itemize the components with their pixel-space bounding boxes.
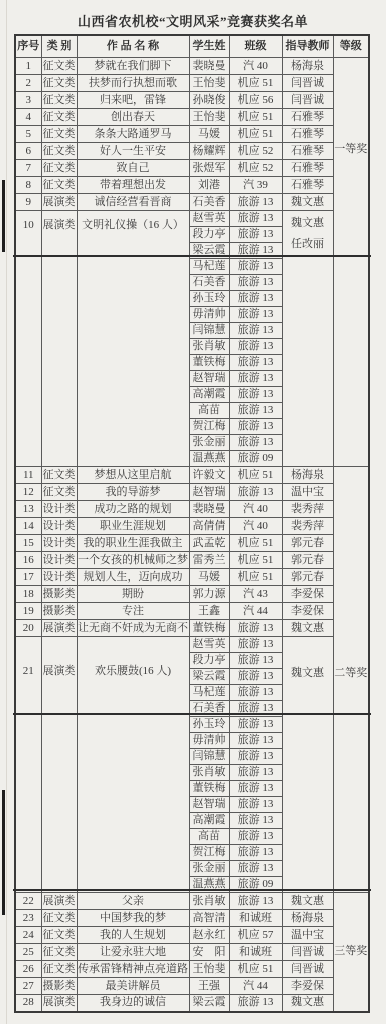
teacher-cell: 裴秀萍 bbox=[282, 501, 333, 518]
category-cell: 征文类 bbox=[41, 177, 77, 194]
student-name-cell: 毋清帅 bbox=[189, 307, 229, 323]
row-number-cell: 27 bbox=[15, 978, 41, 995]
row-number-cell: 9 bbox=[15, 194, 41, 211]
teacher-name: 魏文惠 bbox=[283, 996, 333, 1009]
teacher-cell: 石雅琴 bbox=[282, 126, 333, 143]
class-cell: 旅游 13 bbox=[229, 355, 282, 371]
teacher-cell: 杨海泉 bbox=[282, 467, 333, 484]
category-cell: 摄影类 bbox=[41, 978, 77, 995]
row-number-cell: 21 bbox=[15, 637, 41, 893]
category-cell: 展演类 bbox=[41, 211, 77, 467]
student-name-cell: 张肖敏 bbox=[189, 339, 229, 355]
class-cell: 机应 56 bbox=[229, 92, 282, 109]
teacher-name: 裴秀萍 bbox=[283, 520, 333, 533]
class-cell: 旅游 13 bbox=[229, 669, 282, 685]
student-name-cell: 王怡斐 bbox=[189, 109, 229, 126]
class-cell: 旅游 13 bbox=[229, 291, 282, 307]
student-name-cell: 郭力源 bbox=[189, 586, 229, 603]
category-cell: 设计类 bbox=[41, 552, 77, 569]
row-number-cell: 13 bbox=[15, 501, 41, 518]
work-title-cell: 父亲 bbox=[77, 893, 189, 910]
student-name-cell: 贺江梅 bbox=[189, 845, 229, 861]
work-title-cell: 一个女孩的机械师之梦 bbox=[77, 552, 189, 569]
row-number-cell: 19 bbox=[15, 603, 41, 620]
column-header: 指导教师 bbox=[282, 35, 333, 58]
teacher-cell: 魏文惠 bbox=[282, 637, 333, 893]
category-cell: 设计类 bbox=[41, 535, 77, 552]
student-name-cell: 高智清 bbox=[189, 910, 229, 927]
student-name-cell: 董铁梅 bbox=[189, 355, 229, 371]
work-title-cell: 扶梦而行执想而歌 bbox=[77, 75, 189, 92]
student-name-cell: 马媛 bbox=[189, 569, 229, 586]
table-row: 20展演类让无商不奸成为无商不董铁梅旅游 13魏文惠 bbox=[15, 620, 369, 637]
class-cell: 汽 43 bbox=[229, 586, 282, 603]
work-title-cell: 中国梦我的梦 bbox=[77, 910, 189, 927]
student-name-cell: 王鑫 bbox=[189, 603, 229, 620]
class-cell: 旅游 13 bbox=[229, 275, 282, 291]
table-row: 3征文类归来吧，雷锋孙晓俊机应 56闫晋诚 bbox=[15, 92, 369, 109]
teacher-name: 石雅琴 bbox=[283, 162, 333, 175]
work-title-cell: 梦就在我们脚下 bbox=[77, 58, 189, 75]
row-number-cell: 17 bbox=[15, 569, 41, 586]
column-header: 序号 bbox=[15, 35, 41, 58]
student-name-cell: 裴晓曼 bbox=[189, 501, 229, 518]
teacher-cell: 魏文惠 bbox=[282, 194, 333, 211]
class-cell: 旅游 13 bbox=[229, 484, 282, 501]
teacher-name: 杨海泉 bbox=[283, 60, 333, 73]
category-cell: 征文类 bbox=[41, 910, 77, 927]
table-row: 11征文类梦想从这里启航许毅文机应 51杨海泉二等奖 bbox=[15, 467, 369, 484]
table-row: 2征文类扶梦而行执想而歌王怡斐机应 51闫晋诚 bbox=[15, 75, 369, 92]
category-cell: 征文类 bbox=[41, 92, 77, 109]
category-cell: 征文类 bbox=[41, 160, 77, 177]
teacher-name: 石雅琴 bbox=[283, 145, 333, 158]
teacher-name: 魏文惠 bbox=[283, 667, 333, 680]
class-cell: 机应 51 bbox=[229, 569, 282, 586]
student-name-cell: 武孟乾 bbox=[189, 535, 229, 552]
row-number-cell: 20 bbox=[15, 620, 41, 637]
class-cell: 旅游 13 bbox=[229, 339, 282, 355]
student-name-cell: 许毅文 bbox=[189, 467, 229, 484]
class-cell: 旅游 13 bbox=[229, 797, 282, 813]
class-cell: 机应 51 bbox=[229, 467, 282, 484]
scan-edge-mark bbox=[2, 790, 5, 915]
teacher-name: 石雅琴 bbox=[283, 111, 333, 124]
teacher-name: 温中宝 bbox=[283, 929, 333, 942]
class-cell: 旅游 13 bbox=[229, 403, 282, 419]
work-title-cell: 我的导游梦 bbox=[77, 484, 189, 501]
teacher-name: 任改丽 bbox=[283, 234, 333, 255]
class-cell: 旅游 13 bbox=[229, 781, 282, 797]
class-cell: 旅游 13 bbox=[229, 323, 282, 339]
awards-table-body: 1征文类梦就在我们脚下裴晓曼汽 40杨海泉一等奖2征文类扶梦而行执想而歌王怡斐机… bbox=[15, 58, 369, 1012]
work-title-cell: 最美讲解员 bbox=[77, 978, 189, 995]
scan-edge-mark bbox=[2, 180, 5, 252]
student-name-cell: 张金丽 bbox=[189, 435, 229, 451]
row-number-cell: 15 bbox=[15, 535, 41, 552]
student-name-cell: 温燕燕 bbox=[189, 451, 229, 467]
class-cell: 机应 51 bbox=[229, 126, 282, 143]
student-name-cell: 孙晓俊 bbox=[189, 92, 229, 109]
column-header: 类 别 bbox=[41, 35, 77, 58]
row-number-cell: 11 bbox=[15, 467, 41, 484]
class-cell: 旅游 13 bbox=[229, 653, 282, 669]
work-title-cell: 梦想从这里启航 bbox=[77, 467, 189, 484]
table-row: 23征文类中国梦我的梦高智清和诚班杨海泉 bbox=[15, 910, 369, 927]
teacher-cell: 杨海泉 bbox=[282, 58, 333, 75]
teacher-name: 魏文惠 bbox=[283, 622, 333, 635]
column-header: 学生姓 bbox=[189, 35, 229, 58]
student-name-cell: 董铁梅 bbox=[189, 620, 229, 637]
row-number-cell: 1 bbox=[15, 58, 41, 75]
class-cell: 旅游 13 bbox=[229, 387, 282, 403]
teacher-name: 魏文惠 bbox=[283, 213, 333, 234]
teacher-name: 裴秀萍 bbox=[283, 503, 333, 516]
category-cell: 征文类 bbox=[41, 143, 77, 160]
category-cell: 征文类 bbox=[41, 467, 77, 484]
column-header: 班级 bbox=[229, 35, 282, 58]
class-cell: 机应 51 bbox=[229, 552, 282, 569]
category-cell: 设计类 bbox=[41, 501, 77, 518]
student-name-cell: 安 阳 bbox=[189, 944, 229, 961]
student-name-cell: 雷秀兰 bbox=[189, 552, 229, 569]
teacher-name: 郭元春 bbox=[283, 571, 333, 584]
class-cell: 旅游 13 bbox=[229, 733, 282, 749]
student-name-cell: 孙玉玲 bbox=[189, 717, 229, 733]
awards-table: 序号类 别作 品 名 称学生姓班级指导教师等级 1征文类梦就在我们脚下裴晓曼汽 … bbox=[14, 34, 370, 1013]
work-title-cell: 我的职业生涯我做主 bbox=[77, 535, 189, 552]
student-name-cell: 张金丽 bbox=[189, 861, 229, 877]
work-title-cell: 让无商不奸成为无商不 bbox=[77, 620, 189, 637]
class-cell: 汽 44 bbox=[229, 978, 282, 995]
student-name-cell: 张煜军 bbox=[189, 160, 229, 177]
teacher-name: 闫晋诚 bbox=[283, 963, 333, 976]
category-cell: 征文类 bbox=[41, 961, 77, 978]
work-title-cell: 成功之路的规划 bbox=[77, 501, 189, 518]
student-name-cell: 高潮霞 bbox=[189, 813, 229, 829]
class-cell: 旅游 13 bbox=[229, 995, 282, 1012]
class-cell: 旅游 13 bbox=[229, 371, 282, 387]
student-name-cell: 赵雪英 bbox=[189, 637, 229, 653]
category-cell: 征文类 bbox=[41, 109, 77, 126]
table-row: 21展演类欢乐腰鼓(16 人)赵雪英旅游 13魏文惠 bbox=[15, 637, 369, 653]
table-row: 13设计类成功之路的规划裴晓曼汽 40裴秀萍 bbox=[15, 501, 369, 518]
class-cell: 旅游 13 bbox=[229, 620, 282, 637]
teacher-name: 郭元春 bbox=[283, 537, 333, 550]
student-name-cell: 马杞莲 bbox=[189, 259, 229, 275]
teacher-cell: 石雅琴 bbox=[282, 177, 333, 194]
table-row: 18摄影类期盼郭力源汽 43李爱保 bbox=[15, 586, 369, 603]
work-title-cell: 欢乐腰鼓(16 人) bbox=[77, 637, 189, 893]
student-name-cell: 张肖敏 bbox=[189, 765, 229, 781]
table-row: 1征文类梦就在我们脚下裴晓曼汽 40杨海泉一等奖 bbox=[15, 58, 369, 75]
teacher-cell: 石雅琴 bbox=[282, 143, 333, 160]
row-number-cell: 7 bbox=[15, 160, 41, 177]
class-cell: 汽 40 bbox=[229, 518, 282, 535]
award-grade-cell: 三等奖 bbox=[333, 893, 369, 1012]
teacher-cell: 李爱保 bbox=[282, 603, 333, 620]
work-title-cell: 传承雷锋精神点亮道路 bbox=[77, 961, 189, 978]
teacher-cell: 闫晋诚 bbox=[282, 75, 333, 92]
category-cell: 展演类 bbox=[41, 893, 77, 910]
teacher-name: 石雅琴 bbox=[283, 179, 333, 192]
class-cell: 旅游 13 bbox=[229, 435, 282, 451]
category-cell: 征文类 bbox=[41, 75, 77, 92]
teacher-cell: 温中宝 bbox=[282, 484, 333, 501]
teacher-name: 李爱保 bbox=[283, 605, 333, 618]
work-title-cell: 我身边的诚信 bbox=[77, 995, 189, 1012]
class-cell: 和诚班 bbox=[229, 910, 282, 927]
teacher-cell: 魏文惠 bbox=[282, 893, 333, 910]
student-name-cell: 赵智瑞 bbox=[189, 371, 229, 387]
work-title-cell: 致自己 bbox=[77, 160, 189, 177]
category-cell: 设计类 bbox=[41, 518, 77, 535]
class-cell: 旅游 13 bbox=[229, 845, 282, 861]
class-cell: 机应 51 bbox=[229, 961, 282, 978]
teacher-name: 李爱保 bbox=[283, 980, 333, 993]
category-cell: 设计类 bbox=[41, 569, 77, 586]
work-title-cell: 我的人生规划 bbox=[77, 927, 189, 944]
category-cell: 展演类 bbox=[41, 194, 77, 211]
row-number-cell: 23 bbox=[15, 910, 41, 927]
category-cell: 展演类 bbox=[41, 995, 77, 1012]
row-number-cell: 24 bbox=[15, 927, 41, 944]
student-name-cell: 赵智瑞 bbox=[189, 797, 229, 813]
row-number-cell: 8 bbox=[15, 177, 41, 194]
table-row: 19摄影类专注王鑫汽 44李爱保 bbox=[15, 603, 369, 620]
student-name-cell: 张肖敏 bbox=[189, 893, 229, 910]
class-cell: 旅游 13 bbox=[229, 419, 282, 435]
teacher-cell: 魏文惠 bbox=[282, 995, 333, 1012]
table-row: 16设计类一个女孩的机械师之梦雷秀兰机应 51郭元春 bbox=[15, 552, 369, 569]
row-number-cell: 10 bbox=[15, 211, 41, 467]
category-cell: 展演类 bbox=[41, 637, 77, 893]
row-number-cell: 28 bbox=[15, 995, 41, 1012]
student-name-cell: 马媛 bbox=[189, 126, 229, 143]
work-title-cell: 条条大路通罗马 bbox=[77, 126, 189, 143]
student-name-cell: 石美香 bbox=[189, 275, 229, 291]
teacher-cell: 温中宝 bbox=[282, 927, 333, 944]
class-cell: 机应 52 bbox=[229, 143, 282, 160]
work-title-cell: 文明礼仪操（16 人） bbox=[77, 211, 189, 467]
teacher-cell: 李爱保 bbox=[282, 978, 333, 995]
row-number-cell: 16 bbox=[15, 552, 41, 569]
student-name-cell: 毋清帅 bbox=[189, 733, 229, 749]
teacher-name: 魏文惠 bbox=[283, 895, 333, 908]
student-name-cell: 孙玉玲 bbox=[189, 291, 229, 307]
class-cell: 旅游 13 bbox=[229, 211, 282, 227]
work-title-cell: 诚信经营看晋商 bbox=[77, 194, 189, 211]
work-title-cell: 职业生涯规划 bbox=[77, 518, 189, 535]
table-row: 15设计类我的职业生涯我做主武孟乾机应 51郭元春 bbox=[15, 535, 369, 552]
class-cell: 和诚班 bbox=[229, 944, 282, 961]
category-cell: 摄影类 bbox=[41, 603, 77, 620]
teacher-name: 魏文惠 bbox=[283, 196, 333, 209]
teacher-cell: 郭元春 bbox=[282, 552, 333, 569]
category-cell: 展演类 bbox=[41, 620, 77, 637]
student-name-cell: 王怡斐 bbox=[189, 75, 229, 92]
table-row: 14设计类职业生涯规划高倩倩汽 40裴秀萍 bbox=[15, 518, 369, 535]
table-row: 22展演类父亲张肖敏旅游 13魏文惠三等奖 bbox=[15, 893, 369, 910]
class-cell: 旅游 13 bbox=[229, 194, 282, 211]
teacher-name: 闫晋诚 bbox=[283, 94, 333, 107]
teacher-name: 闫晋诚 bbox=[283, 77, 333, 90]
class-cell: 旅游 13 bbox=[229, 307, 282, 323]
work-title-cell: 创出春天 bbox=[77, 109, 189, 126]
class-cell: 旅游 13 bbox=[229, 685, 282, 701]
teacher-cell: 郭元春 bbox=[282, 569, 333, 586]
teacher-cell: 石雅琴 bbox=[282, 109, 333, 126]
document-title: 山西省农机校“文明风采”竞赛获奖名单 bbox=[0, 11, 386, 30]
category-cell: 摄影类 bbox=[41, 586, 77, 603]
student-name-cell: 石美香 bbox=[189, 194, 229, 211]
student-name-cell: 裴晓曼 bbox=[189, 58, 229, 75]
teacher-name: 杨海泉 bbox=[283, 469, 333, 482]
page-edge-line bbox=[6, 0, 7, 1024]
student-name-cell: 王怡斐 bbox=[189, 961, 229, 978]
student-name-cell: 梁云霞 bbox=[189, 669, 229, 685]
row-number-cell: 25 bbox=[15, 944, 41, 961]
student-name-cell: 高苗 bbox=[189, 829, 229, 845]
student-name-cell: 马杞莲 bbox=[189, 685, 229, 701]
work-title-cell: 专注 bbox=[77, 603, 189, 620]
table-row: 6征文类好人一生平安杨耀辉机应 52石雅琴 bbox=[15, 143, 369, 160]
work-title-cell: 期盼 bbox=[77, 586, 189, 603]
category-cell: 征文类 bbox=[41, 927, 77, 944]
student-name-cell: 刘港 bbox=[189, 177, 229, 194]
page-break-line bbox=[13, 255, 371, 257]
class-cell: 旅游 13 bbox=[229, 749, 282, 765]
category-cell: 征文类 bbox=[41, 126, 77, 143]
table-row: 4征文类创出春天王怡斐机应 51石雅琴 bbox=[15, 109, 369, 126]
teacher-name: 石雅琴 bbox=[283, 128, 333, 141]
class-cell: 旅游 13 bbox=[229, 829, 282, 845]
teacher-cell: 闫晋诚 bbox=[282, 944, 333, 961]
award-grade-cell: 一等奖 bbox=[333, 58, 369, 467]
class-cell: 旅游 13 bbox=[229, 813, 282, 829]
teacher-cell: 魏文惠 bbox=[282, 620, 333, 637]
student-name-cell: 高苗 bbox=[189, 403, 229, 419]
student-name-cell: 段力亭 bbox=[189, 227, 229, 243]
page-break-line bbox=[13, 889, 371, 891]
category-cell: 征文类 bbox=[41, 944, 77, 961]
student-name-cell: 段力亭 bbox=[189, 653, 229, 669]
table-row: 17设计类规划人生，迈向成功马媛机应 51郭元春 bbox=[15, 569, 369, 586]
teacher-name: 温中宝 bbox=[283, 486, 333, 499]
table-row: 25征文类让爱永驻大地安 阳和诚班闫晋诚 bbox=[15, 944, 369, 961]
row-number-cell: 22 bbox=[15, 893, 41, 910]
student-name-cell: 王强 bbox=[189, 978, 229, 995]
student-name-cell: 赵智瑞 bbox=[189, 484, 229, 501]
class-cell: 机应 51 bbox=[229, 109, 282, 126]
student-name-cell: 闫锦慧 bbox=[189, 749, 229, 765]
teacher-cell: 李爱保 bbox=[282, 586, 333, 603]
class-cell: 机应 51 bbox=[229, 535, 282, 552]
class-cell: 旅游 13 bbox=[229, 637, 282, 653]
class-cell: 机应 52 bbox=[229, 160, 282, 177]
teacher-cell: 郭元春 bbox=[282, 535, 333, 552]
class-cell: 汽 44 bbox=[229, 603, 282, 620]
teacher-cell: 魏文惠任改丽 bbox=[282, 211, 333, 467]
teacher-cell: 闫晋诚 bbox=[282, 961, 333, 978]
column-header: 等级 bbox=[333, 35, 369, 58]
work-title-cell: 归来吧，雷锋 bbox=[77, 92, 189, 109]
class-cell: 旅游 13 bbox=[229, 861, 282, 877]
table-row: 12征文类我的导游梦赵智瑞旅游 13温中宝 bbox=[15, 484, 369, 501]
table-row: 5征文类条条大路通罗马马媛机应 51石雅琴 bbox=[15, 126, 369, 143]
student-name-cell: 赵永红 bbox=[189, 927, 229, 944]
row-number-cell: 26 bbox=[15, 961, 41, 978]
teacher-cell: 闫晋诚 bbox=[282, 92, 333, 109]
student-name-cell: 赵雪英 bbox=[189, 211, 229, 227]
table-row: 24征文类我的人生规划赵永红机应 57温中宝 bbox=[15, 927, 369, 944]
class-cell: 旅游 13 bbox=[229, 227, 282, 243]
student-name-cell: 杨耀辉 bbox=[189, 143, 229, 160]
row-number-cell: 5 bbox=[15, 126, 41, 143]
category-cell: 征文类 bbox=[41, 484, 77, 501]
class-cell: 旅游 09 bbox=[229, 451, 282, 467]
table-row: 27摄影类最美讲解员王强汽 44李爱保 bbox=[15, 978, 369, 995]
column-header: 作 品 名 称 bbox=[77, 35, 189, 58]
class-cell: 机应 51 bbox=[229, 75, 282, 92]
class-cell: 旅游 13 bbox=[229, 765, 282, 781]
work-title-cell: 让爱永驻大地 bbox=[77, 944, 189, 961]
student-name-cell: 梁云霞 bbox=[189, 995, 229, 1012]
work-title-cell: 规划人生，迈向成功 bbox=[77, 569, 189, 586]
teacher-name: 李爱保 bbox=[283, 588, 333, 601]
row-number-cell: 2 bbox=[15, 75, 41, 92]
category-cell: 征文类 bbox=[41, 58, 77, 75]
row-number-cell: 3 bbox=[15, 92, 41, 109]
class-cell: 旅游 13 bbox=[229, 717, 282, 733]
teacher-name: 杨海泉 bbox=[283, 912, 333, 925]
class-cell: 汽 39 bbox=[229, 177, 282, 194]
table-row: 26征文类传承雷锋精神点亮道路王怡斐机应 51闫晋诚 bbox=[15, 961, 369, 978]
student-name-cell: 高潮霞 bbox=[189, 387, 229, 403]
student-name-cell: 贺江梅 bbox=[189, 419, 229, 435]
teacher-name: 闫晋诚 bbox=[283, 946, 333, 959]
teacher-cell: 石雅琴 bbox=[282, 160, 333, 177]
row-number-cell: 6 bbox=[15, 143, 41, 160]
table-row: 10展演类文明礼仪操（16 人）赵雪英旅游 13魏文惠任改丽 bbox=[15, 211, 369, 227]
table-row: 28展演类我身边的诚信梁云霞旅游 13魏文惠 bbox=[15, 995, 369, 1012]
work-title-cell: 带着理想出发 bbox=[77, 177, 189, 194]
row-number-cell: 12 bbox=[15, 484, 41, 501]
class-cell: 旅游 13 bbox=[229, 893, 282, 910]
page-break-line bbox=[13, 713, 371, 715]
class-cell: 汽 40 bbox=[229, 58, 282, 75]
table-row: 7征文类致自己张煜军机应 52石雅琴 bbox=[15, 160, 369, 177]
class-cell: 机应 57 bbox=[229, 927, 282, 944]
student-name-cell: 闫锦慧 bbox=[189, 323, 229, 339]
class-cell: 旅游 13 bbox=[229, 259, 282, 275]
teacher-cell: 杨海泉 bbox=[282, 910, 333, 927]
class-cell: 汽 40 bbox=[229, 501, 282, 518]
table-row: 8征文类带着理想出发刘港汽 39石雅琴 bbox=[15, 177, 369, 194]
row-number-cell: 4 bbox=[15, 109, 41, 126]
row-number-cell: 14 bbox=[15, 518, 41, 535]
work-title-cell: 好人一生平安 bbox=[77, 143, 189, 160]
row-number-cell: 18 bbox=[15, 586, 41, 603]
award-grade-cell: 二等奖 bbox=[333, 467, 369, 893]
student-name-cell: 董铁梅 bbox=[189, 781, 229, 797]
header-row: 序号类 别作 品 名 称学生姓班级指导教师等级 bbox=[15, 35, 369, 58]
table-row: 9展演类诚信经营看晋商石美香旅游 13魏文惠 bbox=[15, 194, 369, 211]
student-name-cell: 高倩倩 bbox=[189, 518, 229, 535]
teacher-name: 郭元春 bbox=[283, 554, 333, 567]
teacher-cell: 裴秀萍 bbox=[282, 518, 333, 535]
